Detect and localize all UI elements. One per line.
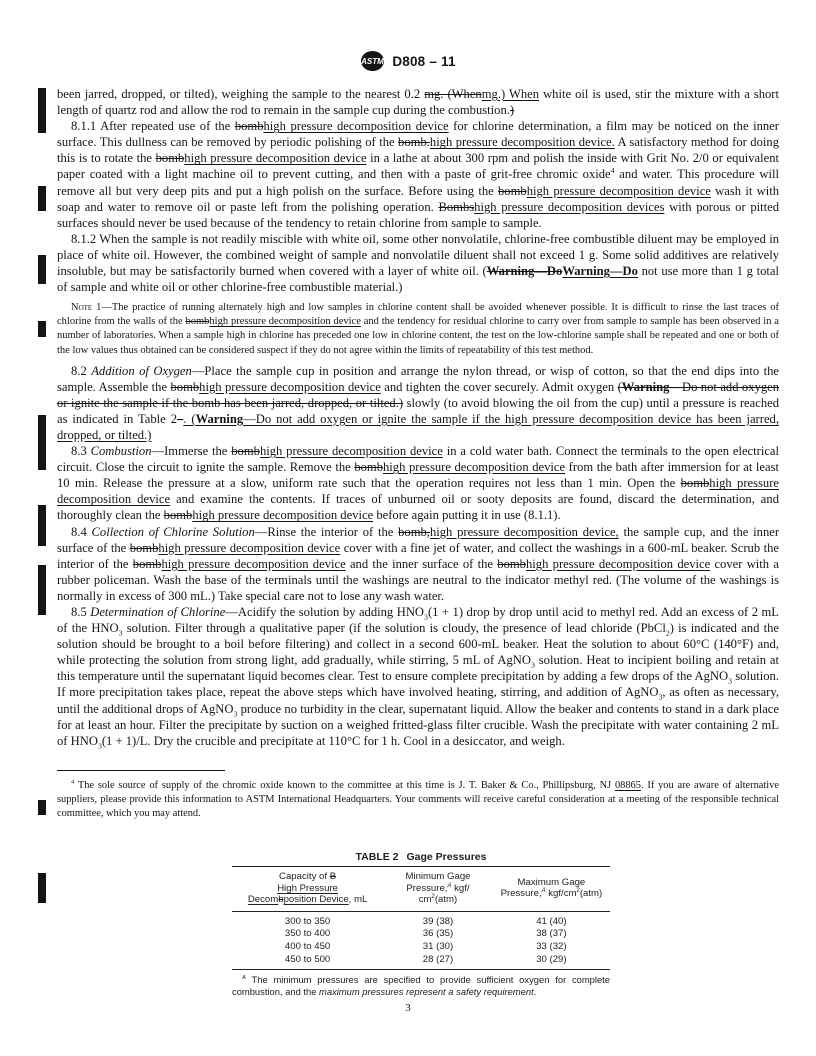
inserted-text: mg.) When	[482, 87, 539, 101]
text-segment: The sole source of supply of the chromic…	[74, 780, 615, 791]
text-segment: 8.5	[71, 605, 90, 619]
deleted-text: bomb	[497, 557, 526, 571]
deleted-text: bomb,	[398, 525, 430, 539]
footnote-block: 4 The sole source of supply of the chrom…	[57, 770, 779, 821]
inserted-text: high pressure decomposition device	[526, 557, 710, 571]
text-segment: (atm)	[580, 888, 602, 899]
deleted-text: Warning	[622, 380, 670, 394]
deleted-text: bomb	[354, 460, 383, 474]
page-header: ASTM D808 – 11	[0, 50, 816, 72]
change-bar	[38, 505, 46, 546]
text-segment: and the inner surface of the	[346, 557, 498, 571]
column-header-max-pressure: Maximum GagePressure,A kgf/cm2(atm)	[493, 867, 610, 912]
table-caption: Gage Pressures	[407, 851, 487, 863]
para-8.1.1: 8.1.1 After repeated use of the bombhigh…	[57, 118, 779, 231]
inserted-text: high pressure decomposition device	[264, 119, 449, 133]
deleted-text: bomb	[498, 184, 527, 198]
inserted-text: high pressure decomposition device	[199, 380, 381, 394]
deleted-text: bomb	[156, 151, 185, 165]
para-8.1-continuation: been jarred, dropped, or tilted), weighi…	[57, 86, 779, 118]
text-segment: Maximum Gage	[518, 877, 586, 888]
deleted-text: mg. (When	[424, 87, 482, 101]
inserted-text: high pressure decomposition device	[383, 460, 565, 474]
deleted-text: bomb	[130, 541, 159, 555]
text-segment: Combustion	[91, 444, 152, 458]
text-segment: cm	[419, 894, 432, 905]
text-segment: , mL	[349, 894, 368, 905]
deleted-text: bomb	[164, 508, 193, 522]
deleted-text: bomb	[681, 476, 710, 490]
table-cell: 400 to 450	[232, 940, 383, 953]
text-segment: before again putting it in use (8.1.1).	[373, 508, 560, 522]
text-segment: been jarred, dropped, or tilted), weighi…	[57, 87, 424, 101]
text-segment: (atm)	[435, 894, 457, 905]
text-segment: Capacity of	[279, 871, 330, 882]
inserted-text: Warning	[196, 412, 244, 426]
para-8.2: 8.2 Addition of Oxygen—Place the sample …	[57, 363, 779, 443]
inserted-text: high pressure decomposition device	[260, 444, 443, 458]
deleted-text: Warning—Do	[487, 264, 563, 278]
inserted-text: position Device	[284, 894, 349, 905]
table-row: 350 to 40036 (35)38 (37)	[232, 928, 610, 941]
text-segment: Collection of Chlorine Solution	[92, 525, 255, 539]
inserted-text: high pressure decomposition device.	[430, 135, 615, 149]
text-segment: 8.1.1 After repeated use of the	[71, 119, 235, 133]
doc-code: D808 – 11	[392, 54, 455, 69]
inserted-text: 08865	[615, 780, 641, 791]
text-segment: Addition of Oxygen	[91, 364, 192, 378]
column-header-min-pressure: Minimum GagePressure,A kgf/cm2(atm)	[383, 867, 493, 912]
para-8.3: 8.3 Combustion—Immerse the bombhigh pres…	[57, 443, 779, 523]
document-page: ASTM D808 – 11 been jarred, dropped, or …	[0, 0, 816, 1056]
table-cell: 350 to 400	[232, 928, 383, 941]
deleted-text: bomb	[170, 380, 199, 394]
inserted-text: high pressure decomposition device	[161, 557, 345, 571]
table-title: TABLE 2Gage Pressures	[232, 851, 610, 863]
inserted-text: high pressure decomposition devices	[474, 200, 664, 214]
table-cell: 28 (27)	[383, 953, 493, 970]
gage-pressures-table: Capacity of BHigh PressureDecombposition…	[232, 866, 610, 970]
text-segment: Determination of Chlorine	[90, 605, 225, 619]
change-bar	[38, 186, 46, 211]
inserted-text: . (	[183, 412, 195, 426]
text-segment: kgf/cm	[546, 888, 577, 899]
inserted-text: High Pressure	[277, 883, 338, 894]
footnote-text: 4 The sole source of supply of the chrom…	[57, 779, 779, 821]
table-row: 450 to 50028 (27)30 (29)	[232, 953, 610, 970]
deleted-text: Bombs	[438, 200, 474, 214]
document-body: been jarred, dropped, or tilted), weighi…	[57, 86, 779, 749]
deleted-text: bomb	[231, 444, 260, 458]
para-8.1.2: 8.1.2 When the sample is not readily mis…	[57, 231, 779, 295]
change-bar	[38, 415, 46, 470]
table-cell: 39 (38)	[383, 911, 493, 928]
para-8.5: 8.5 Determination of Chlorine—Acidify th…	[57, 604, 779, 749]
table-cell: 300 to 350	[232, 911, 383, 928]
table-2-block: TABLE 2Gage Pressures Capacity of BHigh …	[232, 851, 610, 998]
text-segment: Pressure,	[406, 883, 447, 894]
text-segment: maximum pressures represent a safety req…	[319, 986, 534, 997]
change-bar	[38, 321, 46, 337]
text-segment: —Immerse the	[152, 444, 232, 458]
deleted-text: bomb	[235, 119, 264, 133]
change-bar	[38, 873, 46, 903]
inserted-text: Warning—Do	[562, 264, 638, 278]
table-cell: 36 (35)	[383, 928, 493, 941]
table-cell: 31 (30)	[383, 940, 493, 953]
text-segment: solution. Filter through a qualitative p…	[123, 621, 666, 635]
note-1: Note 1—The practice of running alternate…	[57, 301, 779, 357]
text-segment: Pressure,	[501, 888, 542, 899]
deleted-text: bomb.	[398, 135, 430, 149]
astm-logo-icon: ASTM	[360, 50, 385, 72]
deleted-text: bomb	[186, 316, 210, 327]
change-bar	[38, 88, 46, 133]
text-segment: 8.3	[71, 444, 91, 458]
deleted-text: )	[510, 103, 514, 117]
deleted-text: bomb	[133, 557, 162, 571]
table-cell: 30 (29)	[493, 953, 610, 970]
text-segment: 8.2	[71, 364, 91, 378]
inserted-text: high pressure decomposition device	[192, 508, 373, 522]
inserted-text: Decom	[248, 894, 278, 905]
text-segment: (1 + 1)/L. Dry the crucible and precipit…	[102, 734, 565, 748]
table-number: TABLE 2	[356, 851, 399, 863]
text-segment: —Acidify the solution by adding HNO	[225, 605, 424, 619]
inserted-text: high pressure decomposition device,	[430, 525, 619, 539]
text-segment: 8.4	[71, 525, 92, 539]
svg-text:ASTM: ASTM	[360, 57, 384, 66]
column-header-capacity: Capacity of BHigh PressureDecombposition…	[232, 867, 383, 912]
text-segment: —Rinse the interior of the	[255, 525, 398, 539]
table-footnote: A The minimum pressures are specified to…	[232, 974, 610, 998]
text-segment: Note	[71, 302, 92, 313]
table-cell: 33 (32)	[493, 940, 610, 953]
inserted-text: high pressure decomposition device	[158, 541, 340, 555]
change-bar	[38, 800, 46, 815]
deleted-text: B	[330, 871, 336, 882]
table-cell: 38 (37)	[493, 928, 610, 941]
text-segment: Minimum Gage	[405, 871, 470, 882]
inserted-text: high pressure decomposition device	[209, 316, 360, 327]
inserted-text: high pressure decomposition device	[527, 184, 711, 198]
change-bar	[38, 255, 46, 284]
footnote-divider	[57, 770, 225, 771]
inserted-text: high pressure decomposition device	[184, 151, 366, 165]
text-segment: and tighten the cover securely. Admit ox…	[381, 380, 618, 394]
change-bar	[38, 565, 46, 615]
text-segment: .	[534, 986, 537, 997]
table-row: 300 to 35039 (38)41 (40)	[232, 911, 610, 928]
page-number: 3	[0, 1002, 816, 1014]
text-segment: kgf/	[451, 883, 469, 894]
table-row: 400 to 45031 (30)33 (32)	[232, 940, 610, 953]
para-8.4: 8.4 Collection of Chlorine Solution—Rins…	[57, 524, 779, 604]
table-cell: 41 (40)	[493, 911, 610, 928]
table-cell: 450 to 500	[232, 953, 383, 970]
